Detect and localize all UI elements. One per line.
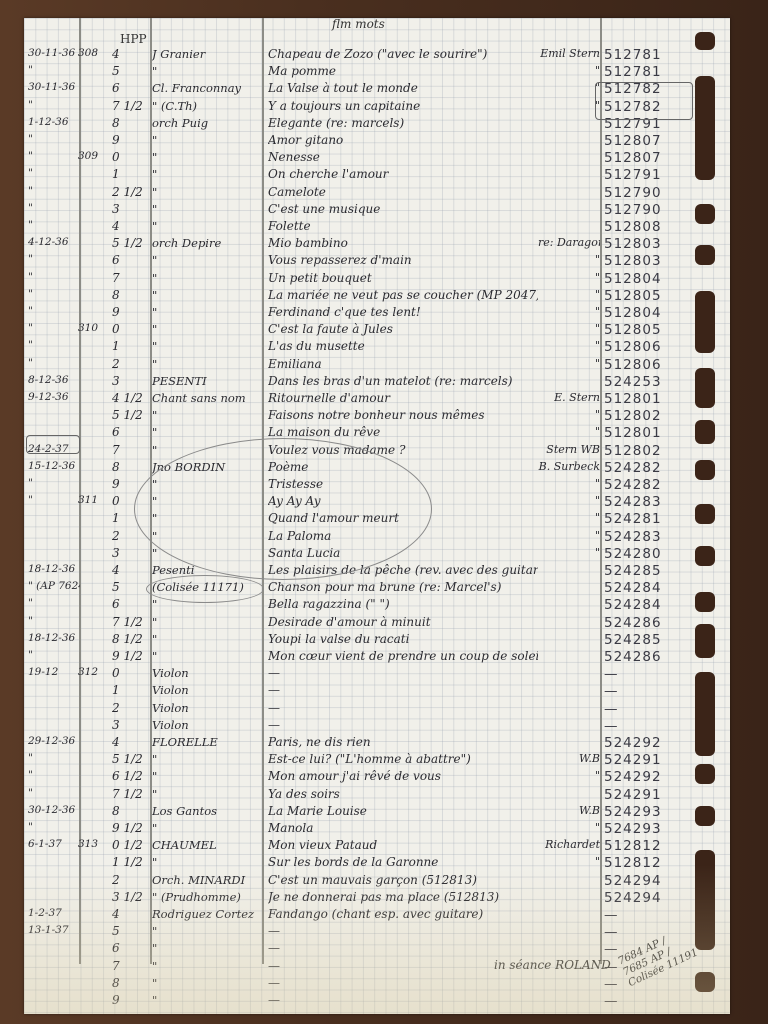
- row-date: 29-12-36: [28, 735, 80, 747]
- row-artist: ": [152, 615, 260, 629]
- boxed-date: [26, 435, 80, 454]
- row-title: —: [268, 924, 538, 938]
- row-catalog-number: —: [604, 683, 688, 699]
- row-take: 7 1/2: [112, 99, 146, 113]
- row-catalog-number: —: [604, 701, 688, 717]
- row-release: ": [538, 511, 600, 524]
- row-artist: ": [152, 339, 260, 353]
- ledger-row: "9 1/2"Manola"524293: [24, 820, 730, 839]
- row-title: Vous repasserez d'main: [268, 253, 538, 267]
- row-artist: ": [152, 202, 260, 216]
- row-catalog-number: 512805: [604, 322, 688, 338]
- ledger-row: "3090"Nenesse512807: [24, 149, 730, 168]
- row-artist: ": [152, 941, 260, 955]
- row-release: ": [538, 253, 600, 266]
- row-release: ": [538, 357, 600, 370]
- row-artist: orch Puig: [152, 116, 260, 130]
- row-take: 9 1/2: [112, 649, 146, 663]
- ledger-page: flm mots HPP 30-11-363084J GranierChapea…: [24, 18, 730, 1014]
- row-date: 30-11-36: [28, 47, 80, 59]
- row-release: ": [538, 529, 600, 542]
- row-release: ": [538, 821, 600, 834]
- row-artist: ": [152, 185, 260, 199]
- row-date: ": [28, 99, 80, 111]
- punch-hole: [695, 764, 715, 784]
- punch-hole: [695, 672, 715, 756]
- ledger-row: 30-11-363084J GranierChapeau de Zozo ("a…: [24, 46, 730, 65]
- row-date: ": [28, 769, 80, 781]
- row-release: ": [538, 339, 600, 352]
- row-matrix: 313: [78, 838, 106, 850]
- row-take: 7 1/2: [112, 787, 146, 801]
- row-catalog-number: 524253: [604, 374, 688, 390]
- row-title: Ya des soirs: [268, 787, 538, 801]
- row-artist: Cl. Franconnay: [152, 81, 260, 95]
- row-catalog-number: 512808: [604, 219, 688, 235]
- row-take: 5: [112, 924, 146, 938]
- row-take: 4: [112, 219, 146, 233]
- row-take: 9: [112, 993, 146, 1007]
- ledger-row: "7"Un petit bouquet"512804: [24, 270, 730, 289]
- row-artist: ": [152, 167, 260, 181]
- row-artist: Rodriguez Cortez: [152, 907, 260, 921]
- row-date: ": [28, 597, 80, 609]
- row-catalog-number: 524284: [604, 597, 688, 613]
- row-title: —: [268, 666, 538, 680]
- margin-note-seance: in séance ROLAND: [494, 958, 611, 972]
- row-take: 9: [112, 305, 146, 319]
- row-catalog-number: 524294: [604, 873, 688, 889]
- row-catalog-number: 512791: [604, 167, 688, 183]
- punch-hole: [695, 76, 715, 180]
- row-catalog-number: 524286: [604, 649, 688, 665]
- ledger-row: 18-12-364PesentiLes plaisirs de la pêche…: [24, 562, 730, 581]
- row-take: 4: [112, 907, 146, 921]
- row-artist: Chant sans nom: [152, 391, 260, 405]
- row-date: ": [28, 202, 80, 214]
- row-take: 6: [112, 81, 146, 95]
- row-take: 0: [112, 666, 146, 680]
- row-take: 4 1/2: [112, 391, 146, 405]
- punch-hole: [695, 368, 715, 408]
- row-catalog-number: 512802: [604, 408, 688, 424]
- row-artist: ": [152, 150, 260, 164]
- ledger-row: "2 1/2"Camelote512790: [24, 184, 730, 203]
- row-date: 18-12-36: [28, 632, 80, 644]
- ledger-row: 9-12-364 1/2Chant sans nomRitournelle d'…: [24, 390, 730, 409]
- row-release: ": [538, 855, 600, 868]
- ledger-row: "3100"C'est la faute à Jules"512805: [24, 321, 730, 340]
- row-date: 9-12-36: [28, 391, 80, 403]
- ledger-row: 6"La maison du rêve"512801: [24, 424, 730, 443]
- row-catalog-number: 512802: [604, 443, 688, 459]
- row-take: 6: [112, 425, 146, 439]
- row-title: Ferdinand c'que tes lent!: [268, 305, 538, 319]
- row-catalog-number: 524280: [604, 546, 688, 562]
- row-release: E. Stern: [538, 391, 600, 404]
- row-title: La Marie Louise: [268, 804, 538, 818]
- row-catalog-number: 512781: [604, 64, 688, 80]
- row-title: Mon cœur vient de prendre un coup de sol…: [268, 649, 538, 663]
- row-take: 7: [112, 271, 146, 285]
- row-catalog-number: 512781: [604, 47, 688, 63]
- row-artist: J Granier: [152, 47, 260, 61]
- row-title: Faisons notre bonheur nous mêmes: [268, 408, 538, 422]
- row-title: Emiliana: [268, 357, 538, 371]
- row-take: 6: [112, 597, 146, 611]
- row-release: ": [538, 81, 600, 94]
- row-take: 2: [112, 873, 146, 887]
- boxed-catalog-numbers: [595, 82, 693, 120]
- row-matrix: 311: [78, 494, 106, 506]
- row-take: 1: [112, 167, 146, 181]
- row-take: 3: [112, 202, 146, 216]
- row-catalog-number: 512807: [604, 133, 688, 149]
- row-release: W.B: [538, 752, 600, 765]
- circled-group: [134, 438, 432, 580]
- row-take: 8 1/2: [112, 632, 146, 646]
- punch-hole: [695, 420, 715, 444]
- punch-hole: [695, 460, 715, 480]
- row-take: 3 1/2: [112, 890, 146, 904]
- punch-hole: [695, 204, 715, 224]
- punch-hole: [695, 291, 715, 353]
- row-release: ": [538, 769, 600, 782]
- punch-hole: [695, 245, 715, 265]
- header-hpp: HPP: [120, 32, 147, 46]
- row-date: ": [28, 339, 80, 351]
- row-date: 8-12-36: [28, 374, 80, 386]
- row-release: B. Surbeck: [538, 460, 600, 473]
- row-catalog-number: —: [604, 666, 688, 682]
- row-release: ": [538, 305, 600, 318]
- row-matrix: 310: [78, 322, 106, 334]
- ledger-row: 3 1/2" (Prudhomme)Je ne donnerai pas ma …: [24, 889, 730, 908]
- row-catalog-number: 512801: [604, 391, 688, 407]
- punch-hole: [695, 850, 715, 950]
- row-take: 4: [112, 563, 146, 577]
- row-catalog-number: 524293: [604, 804, 688, 820]
- row-date: ": [28, 477, 80, 489]
- row-catalog-number: 512790: [604, 185, 688, 201]
- row-catalog-number: 512790: [604, 202, 688, 218]
- row-catalog-number: 524292: [604, 735, 688, 751]
- row-take: 7: [112, 959, 146, 973]
- row-date: ": [28, 322, 80, 334]
- punch-hole: [695, 592, 715, 612]
- row-take: 3: [112, 374, 146, 388]
- row-title: Amor gitano: [268, 133, 538, 147]
- row-release: ": [538, 288, 600, 301]
- row-artist: ": [152, 357, 260, 371]
- row-take: 7 1/2: [112, 615, 146, 629]
- row-take: 2: [112, 357, 146, 371]
- row-release: Richardet: [538, 838, 600, 851]
- row-title: Mio bambino: [268, 236, 538, 250]
- row-title: C'est la faute à Jules: [268, 322, 538, 336]
- row-catalog-number: 524282: [604, 460, 688, 476]
- row-date: ": [28, 305, 80, 317]
- row-date: ": [28, 64, 80, 76]
- row-catalog-number: 512812: [604, 838, 688, 854]
- row-title: Camelote: [268, 185, 538, 199]
- row-catalog-number: 524286: [604, 615, 688, 631]
- ledger-row: "9"Ferdinand c'que tes lent!"512804: [24, 304, 730, 323]
- row-release: ": [538, 408, 600, 421]
- row-take: 0 1/2: [112, 838, 146, 852]
- row-release: ": [538, 546, 600, 559]
- row-artist: Violon: [152, 683, 260, 697]
- row-date: " (AP 7624): [28, 580, 80, 592]
- row-artist: ": [152, 64, 260, 78]
- row-catalog-number: 512804: [604, 305, 688, 321]
- row-date: ": [28, 494, 80, 506]
- row-title: Chapeau de Zozo ("avec le sourire"): [268, 47, 538, 61]
- ledger-row: "9 1/2"Mon cœur vient de prendre un coup…: [24, 648, 730, 667]
- row-release: Emil Stern: [538, 47, 600, 60]
- row-date: ": [28, 253, 80, 265]
- punch-hole: [695, 546, 715, 566]
- row-title: C'est un mauvais garçon (512813): [268, 873, 538, 887]
- ledger-row: "1"L'as du musette"512806: [24, 338, 730, 357]
- row-artist: " (C.Th): [152, 99, 260, 113]
- row-artist: Orch. MINARDI: [152, 873, 260, 887]
- row-title: —: [268, 941, 538, 955]
- row-title: —: [268, 718, 538, 732]
- ledger-row: 29-12-364FLORELLEParis, ne dis rien52429…: [24, 734, 730, 753]
- row-title: Folette: [268, 219, 538, 233]
- row-title: —: [268, 976, 538, 990]
- row-catalog-number: 512806: [604, 339, 688, 355]
- ledger-row: "3"C'est une musique512790: [24, 201, 730, 220]
- row-artist: FLORELLE: [152, 735, 260, 749]
- row-title: La Valse à tout le monde: [268, 81, 538, 95]
- row-take: 2 1/2: [112, 185, 146, 199]
- row-date: ": [28, 288, 80, 300]
- ledger-row: 9"——: [24, 992, 730, 1011]
- row-title: Bella ragazzina (" "): [268, 597, 538, 611]
- row-artist: ": [152, 305, 260, 319]
- row-artist: ": [152, 219, 260, 233]
- row-date: ": [28, 649, 80, 661]
- row-date: 1-12-36: [28, 116, 80, 128]
- row-catalog-number: 524281: [604, 511, 688, 527]
- row-release: ": [538, 494, 600, 507]
- row-artist: Violon: [152, 666, 260, 680]
- ledger-row: "2"Emiliana"512806: [24, 356, 730, 375]
- row-take: 9 1/2: [112, 821, 146, 835]
- row-date: ": [28, 271, 80, 283]
- row-take: 8: [112, 460, 146, 474]
- row-title: Mon amour j'ai rêvé de vous: [268, 769, 538, 783]
- row-artist: CHAUMEL: [152, 838, 260, 852]
- ledger-row: 1 1/2"Sur les bords de la Garonne"512812: [24, 854, 730, 873]
- row-take: 6 1/2: [112, 769, 146, 783]
- row-release: W.B: [538, 804, 600, 817]
- ledger-row: 19-123120Violon——: [24, 665, 730, 684]
- row-matrix: 309: [78, 150, 106, 162]
- row-artist: ": [152, 959, 260, 973]
- row-take: 8: [112, 288, 146, 302]
- row-date: 15-12-36: [28, 460, 80, 472]
- row-take: 7: [112, 443, 146, 457]
- row-artist: ": [152, 821, 260, 835]
- row-title: Paris, ne dis rien: [268, 735, 538, 749]
- row-artist: Violon: [152, 701, 260, 715]
- ledger-row: 18-12-368 1/2"Youpi la valse du racati52…: [24, 631, 730, 650]
- row-take: 5 1/2: [112, 752, 146, 766]
- row-catalog-number: 512804: [604, 271, 688, 287]
- row-catalog-number: 524291: [604, 787, 688, 803]
- row-take: 8: [112, 804, 146, 818]
- ledger-row: 30-12-368Los GantosLa Marie LouiseW.B524…: [24, 803, 730, 822]
- row-date: ": [28, 167, 80, 179]
- ledger-row: 8"——: [24, 975, 730, 994]
- row-date: ": [28, 219, 80, 231]
- row-release: Stern WB: [538, 443, 600, 456]
- row-artist: PESENTI: [152, 374, 260, 388]
- row-artist: ": [152, 855, 260, 869]
- row-date: ": [28, 821, 80, 833]
- row-take: 0: [112, 322, 146, 336]
- row-date: ": [28, 615, 80, 627]
- row-artist: ": [152, 271, 260, 285]
- row-matrix: 312: [78, 666, 106, 678]
- row-title: Un petit bouquet: [268, 271, 538, 285]
- row-take: 3: [112, 718, 146, 732]
- row-artist: ": [152, 288, 260, 302]
- ledger-row: "6 1/2"Mon amour j'ai rêvé de vous"52429…: [24, 768, 730, 787]
- row-catalog-number: 512801: [604, 425, 688, 441]
- row-release: re: Daragon: [538, 236, 600, 249]
- row-catalog-number: 524292: [604, 769, 688, 785]
- ledger-row: "4"Folette512808: [24, 218, 730, 237]
- row-date: ": [28, 150, 80, 162]
- row-take: 5: [112, 580, 146, 594]
- row-take: 8: [112, 976, 146, 990]
- row-artist: ": [152, 133, 260, 147]
- row-catalog-number: 524291: [604, 752, 688, 768]
- row-date: 13-1-37: [28, 924, 80, 936]
- ledger-row: 5 1/2"Faisons notre bonheur nous mêmes"5…: [24, 407, 730, 426]
- row-artist: ": [152, 993, 260, 1007]
- row-take: 5: [112, 64, 146, 78]
- row-release: ": [538, 271, 600, 284]
- row-date: ": [28, 752, 80, 764]
- row-artist: ": [152, 649, 260, 663]
- row-take: 1: [112, 339, 146, 353]
- ledger-row: 8-12-363PESENTIDans les bras d'un matelo…: [24, 373, 730, 392]
- row-release: ": [538, 425, 600, 438]
- row-take: 0: [112, 150, 146, 164]
- row-catalog-number: 512803: [604, 253, 688, 269]
- row-release: ": [538, 477, 600, 490]
- ledger-row: 2Orch. MINARDIC'est un mauvais garçon (5…: [24, 872, 730, 891]
- row-catalog-number: 512803: [604, 236, 688, 252]
- row-date: ": [28, 787, 80, 799]
- row-artist: ": [152, 976, 260, 990]
- punch-hole: [695, 624, 715, 658]
- row-title: La mariée ne veut pas se coucher (MP 204…: [268, 288, 538, 302]
- row-artist: Los Gantos: [152, 804, 260, 818]
- row-title: Youpi la valse du racati: [268, 632, 538, 646]
- punch-hole: [695, 806, 715, 826]
- row-release: ": [538, 64, 600, 77]
- ledger-row: 3Violon——: [24, 717, 730, 736]
- row-catalog-number: 524293: [604, 821, 688, 837]
- ledger-row: 2Violon——: [24, 700, 730, 719]
- row-date: 18-12-36: [28, 563, 80, 575]
- row-artist: ": [152, 769, 260, 783]
- row-catalog-number: —: [604, 907, 688, 923]
- row-catalog-number: —: [604, 993, 688, 1009]
- row-title: Je ne donnerai pas ma place (512813): [268, 890, 538, 904]
- ledger-row: 13-1-375"——: [24, 923, 730, 942]
- row-take: 4: [112, 47, 146, 61]
- row-title: —: [268, 683, 538, 697]
- punch-hole: [695, 504, 715, 524]
- row-take: 3: [112, 546, 146, 560]
- row-take: 6: [112, 941, 146, 955]
- row-catalog-number: 524283: [604, 529, 688, 545]
- row-take: 2: [112, 701, 146, 715]
- row-title: Fandango (chant esp. avec guitare): [268, 907, 538, 921]
- row-take: 1 1/2: [112, 855, 146, 869]
- row-take: 1: [112, 683, 146, 697]
- row-catalog-number: 512812: [604, 855, 688, 871]
- row-matrix: 308: [78, 47, 106, 59]
- row-artist: " (Prudhomme): [152, 890, 260, 904]
- ledger-row: "8"La mariée ne veut pas se coucher (MP …: [24, 287, 730, 306]
- row-title: Mon vieux Pataud: [268, 838, 538, 852]
- ledger-row: 1-2-374Rodriguez CortezFandango (chant e…: [24, 906, 730, 925]
- row-catalog-number: —: [604, 718, 688, 734]
- row-title: L'as du musette: [268, 339, 538, 353]
- row-catalog-number: 512805: [604, 288, 688, 304]
- row-title: Chanson pour ma brune (re: Marcel's): [268, 580, 538, 594]
- row-title: —: [268, 993, 538, 1007]
- punch-hole: [695, 972, 715, 992]
- row-date: 6-1-37: [28, 838, 80, 850]
- row-artist: orch Depire: [152, 236, 260, 250]
- row-take: 6: [112, 253, 146, 267]
- row-title: Manola: [268, 821, 538, 835]
- row-catalog-number: 512806: [604, 357, 688, 373]
- row-date: 30-12-36: [28, 804, 80, 816]
- row-title: Dans les bras d'un matelot (re: marcels): [268, 374, 538, 388]
- row-artist: ": [152, 787, 260, 801]
- row-date: 4-12-36: [28, 236, 80, 248]
- row-catalog-number: 524282: [604, 477, 688, 493]
- row-catalog-number: 524285: [604, 563, 688, 579]
- row-artist: ": [152, 752, 260, 766]
- row-date: 1-2-37: [28, 907, 80, 919]
- row-artist: ": [152, 924, 260, 938]
- ledger-row: "6"Vous repasserez d'main"512803: [24, 252, 730, 271]
- ledger-row: "1"On cherche l'amour512791: [24, 166, 730, 185]
- circled-reference: [146, 575, 264, 603]
- ledger-row: 6-1-373130 1/2CHAUMELMon vieux PataudRic…: [24, 837, 730, 856]
- row-title: Desirade d'amour à minuit: [268, 615, 538, 629]
- row-take: 9: [112, 133, 146, 147]
- row-catalog-number: 524294: [604, 890, 688, 906]
- ledger-row: 4-12-365 1/2orch DepireMio bambinore: Da…: [24, 235, 730, 254]
- row-title: La maison du rêve: [268, 425, 538, 439]
- row-date: ": [28, 185, 80, 197]
- row-title: —: [268, 701, 538, 715]
- row-catalog-number: 524285: [604, 632, 688, 648]
- row-title: Ritournelle d'amour: [268, 391, 538, 405]
